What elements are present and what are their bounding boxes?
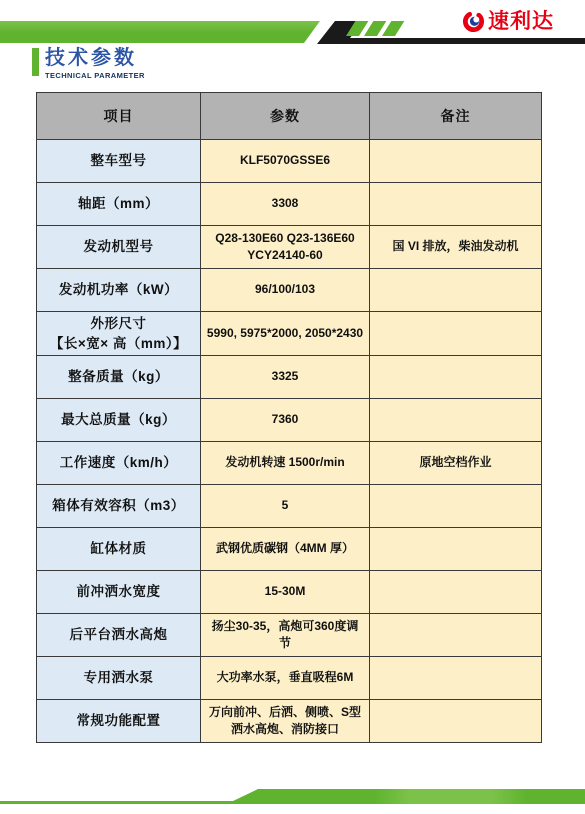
param-cell: 扬尘30-35，高炮可360度调节 (201, 614, 370, 657)
page-title: 技术参数 (45, 47, 145, 69)
remark-cell (370, 657, 542, 700)
brand-swirl-icon (462, 10, 485, 33)
item-cell: 箱体有效容积（m3） (37, 485, 201, 528)
remark-cell (370, 528, 542, 571)
title-accent-bar (32, 48, 39, 76)
remark-cell (370, 399, 542, 442)
header-remark: 备注 (370, 93, 542, 140)
item-cell: 整备质量（kg） (37, 356, 201, 399)
table-row: 轴距（mm） 3308 (37, 183, 542, 226)
item-cell: 前冲洒水宽度 (37, 571, 201, 614)
item-cell: 工作速度（km/h） (37, 442, 201, 485)
param-cell: 7360 (201, 399, 370, 442)
param-cell: 96/100/103 (201, 269, 370, 312)
remark-cell (370, 614, 542, 657)
item-cell: 外形尺寸 【长×宽× 高（mm）】 (37, 312, 201, 356)
param-cell: 武钢优质碳钢（4MM 厚） (201, 528, 370, 571)
page-subtitle: TECHNICAL PARAMETER (45, 71, 145, 80)
item-cell: 后平台洒水高炮 (37, 614, 201, 657)
param-cell: Q28-130E60 Q23-136E60 YCY24140-60 (201, 226, 370, 269)
remark-cell: 原地空档作业 (370, 442, 542, 485)
param-cell: 3308 (201, 183, 370, 226)
param-cell: KLF5070GSSE6 (201, 140, 370, 183)
remark-cell: 国 VI 排放，柴油发动机 (370, 226, 542, 269)
table-row: 外形尺寸 【长×宽× 高（mm）】 5990, 5975*2000, 2050*… (37, 312, 542, 356)
table-row: 整备质量（kg） 3325 (37, 356, 542, 399)
item-cell: 专用洒水泵 (37, 657, 201, 700)
table-row: 箱体有效容积（m3） 5 (37, 485, 542, 528)
table-row: 最大总质量（kg） 7360 (37, 399, 542, 442)
param-cell: 万向前冲、后洒、侧喷、S型洒水高炮、消防接口 (201, 700, 370, 743)
table-row: 缸体材质 武钢优质碳钢（4MM 厚） (37, 528, 542, 571)
remark-cell (370, 356, 542, 399)
table-row: 前冲洒水宽度 15-30M (37, 571, 542, 614)
table-row: 发动机型号 Q28-130E60 Q23-136E60 YCY24140-60 … (37, 226, 542, 269)
top-banner-bar (0, 21, 320, 43)
spec-table: 项目 参数 备注 整车型号 KLF5070GSSE6 轴距（mm） 3308 发… (36, 92, 542, 743)
table-row: 专用洒水泵 大功率水泵，垂直吸程6M (37, 657, 542, 700)
remark-cell (370, 700, 542, 743)
header-parameter: 参数 (201, 93, 370, 140)
remark-cell (370, 183, 542, 226)
remark-cell (370, 312, 542, 356)
remark-cell (370, 269, 542, 312)
table-row: 常规功能配置 万向前冲、后洒、侧喷、S型洒水高炮、消防接口 (37, 700, 542, 743)
param-cell: 发动机转速 1500r/min (201, 442, 370, 485)
bottom-banner-bar (0, 789, 585, 804)
brand-name: 速利达 (488, 11, 554, 32)
table-row: 发动机功率（kW） 96/100/103 (37, 269, 542, 312)
param-cell: 3325 (201, 356, 370, 399)
item-cell: 整车型号 (37, 140, 201, 183)
item-cell: 发动机功率（kW） (37, 269, 201, 312)
param-cell: 5 (201, 485, 370, 528)
section-title-block: 技术参数 TECHNICAL PARAMETER (32, 47, 145, 80)
param-cell: 大功率水泵，垂直吸程6M (201, 657, 370, 700)
remark-cell (370, 571, 542, 614)
table-row: 工作速度（km/h） 发动机转速 1500r/min 原地空档作业 (37, 442, 542, 485)
remark-cell (370, 140, 542, 183)
table-row: 整车型号 KLF5070GSSE6 (37, 140, 542, 183)
item-cell: 常规功能配置 (37, 700, 201, 743)
param-cell: 15-30M (201, 571, 370, 614)
table-header-row: 项目 参数 备注 (37, 93, 542, 140)
brand-logo: 速利达 (462, 10, 554, 33)
banner-green-stripe (382, 21, 404, 36)
item-cell: 缸体材质 (37, 528, 201, 571)
param-cell: 5990, 5975*2000, 2050*2430 (201, 312, 370, 356)
remark-cell (370, 485, 542, 528)
table-row: 后平台洒水高炮 扬尘30-35，高炮可360度调节 (37, 614, 542, 657)
item-cell: 最大总质量（kg） (37, 399, 201, 442)
header-item: 项目 (37, 93, 201, 140)
item-cell: 发动机型号 (37, 226, 201, 269)
item-cell: 轴距（mm） (37, 183, 201, 226)
